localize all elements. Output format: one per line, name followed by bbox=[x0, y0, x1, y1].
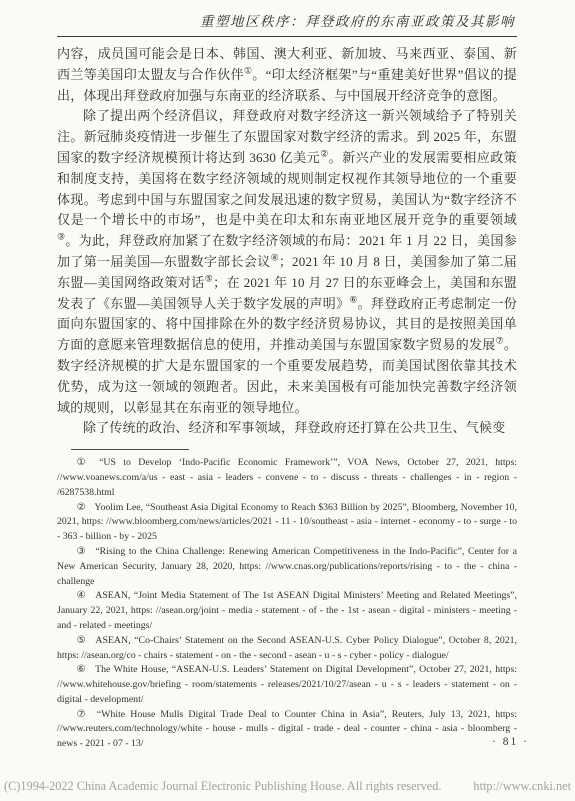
footnote-item: ⑤ASEAN, “Co-Chairs’ Statement on the Sec… bbox=[57, 634, 517, 664]
body-paragraph: 除了传统的政治、经济和军事领域，拜登政府还打算在公共卫生、气候变 bbox=[57, 418, 517, 439]
footnote-number: ② bbox=[77, 502, 86, 513]
body-paragraph: 除了提出两个经济倡议，拜登政府对数字经济这一新兴领域给予了特别关注。新冠肺炎疫情… bbox=[57, 106, 517, 418]
footnote-number: ③ bbox=[77, 546, 87, 557]
header-rule bbox=[57, 36, 517, 37]
footnote-number: ④ bbox=[77, 590, 87, 601]
page-number: · 81 · bbox=[492, 736, 529, 748]
journal-page: 重塑地区秩序：拜登政府的东南亚政策及其影响 内容，成员国可能会是日本、韩国、澳大… bbox=[0, 0, 575, 801]
footnote-item: ①“US to Develop ‘Indo-Pacific Economic F… bbox=[57, 456, 517, 500]
footnote-item: ④ASEAN, “Joint Media Statement of The 1s… bbox=[57, 589, 517, 633]
footnote-text: ASEAN, “Co-Chairs’ Statement on the Seco… bbox=[57, 635, 517, 661]
footnote-text: ASEAN, “Joint Media Statement of The 1st… bbox=[57, 590, 517, 631]
copyright-bar: (C)1994-2022 China Academic Journal Elec… bbox=[4, 779, 571, 794]
article-body: 内容，成员国可能会是日本、韩国、澳大利亚、新加坡、马来西亚、泰国、新西兰等美国印… bbox=[57, 44, 517, 439]
footnote-item: ⑥The White House, “ASEAN-U.S. Leaders’ S… bbox=[57, 663, 517, 707]
footnote-item: ②Yoolim Lee, “Southeast Asia Digital Eco… bbox=[57, 501, 517, 545]
cnki-url: http://www.cnki.net bbox=[473, 779, 571, 794]
footnote-number: ⑦ bbox=[77, 709, 88, 720]
footnote-text: “US to Develop ‘Indo-Pacific Economic Fr… bbox=[57, 457, 517, 498]
footnote-text: The White House, “ASEAN-U.S. Leaders’ St… bbox=[57, 664, 517, 705]
footnote-number: ① bbox=[77, 457, 91, 468]
copyright-notice: (C)1994-2022 China Academic Journal Elec… bbox=[4, 779, 441, 794]
footnote-text: “Rising to the China Challenge: Renewing… bbox=[57, 546, 517, 587]
footnote-item: ③“Rising to the China Challenge: Renewin… bbox=[57, 545, 517, 589]
running-head-title: 重塑地区秩序：拜登政府的东南亚政策及其影响 bbox=[57, 10, 517, 30]
footnote-text: Yoolim Lee, “Southeast Asia Digital Econ… bbox=[57, 502, 517, 543]
footnote-separator bbox=[71, 449, 189, 450]
footnote-number: ⑥ bbox=[77, 664, 87, 675]
footnotes-block: ①“US to Develop ‘Indo-Pacific Economic F… bbox=[57, 456, 517, 752]
footnote-text: “White House Mulls Digital Trade Deal to… bbox=[57, 709, 517, 750]
footnote-item: ⑦“White House Mulls Digital Trade Deal t… bbox=[57, 708, 517, 752]
footnote-number: ⑤ bbox=[77, 635, 87, 646]
body-paragraph: 内容，成员国可能会是日本、韩国、澳大利亚、新加坡、马来西亚、泰国、新西兰等美国印… bbox=[57, 44, 517, 106]
page-content: 重塑地区秩序：拜登政府的东南亚政策及其影响 内容，成员国可能会是日本、韩国、澳大… bbox=[57, 10, 517, 752]
